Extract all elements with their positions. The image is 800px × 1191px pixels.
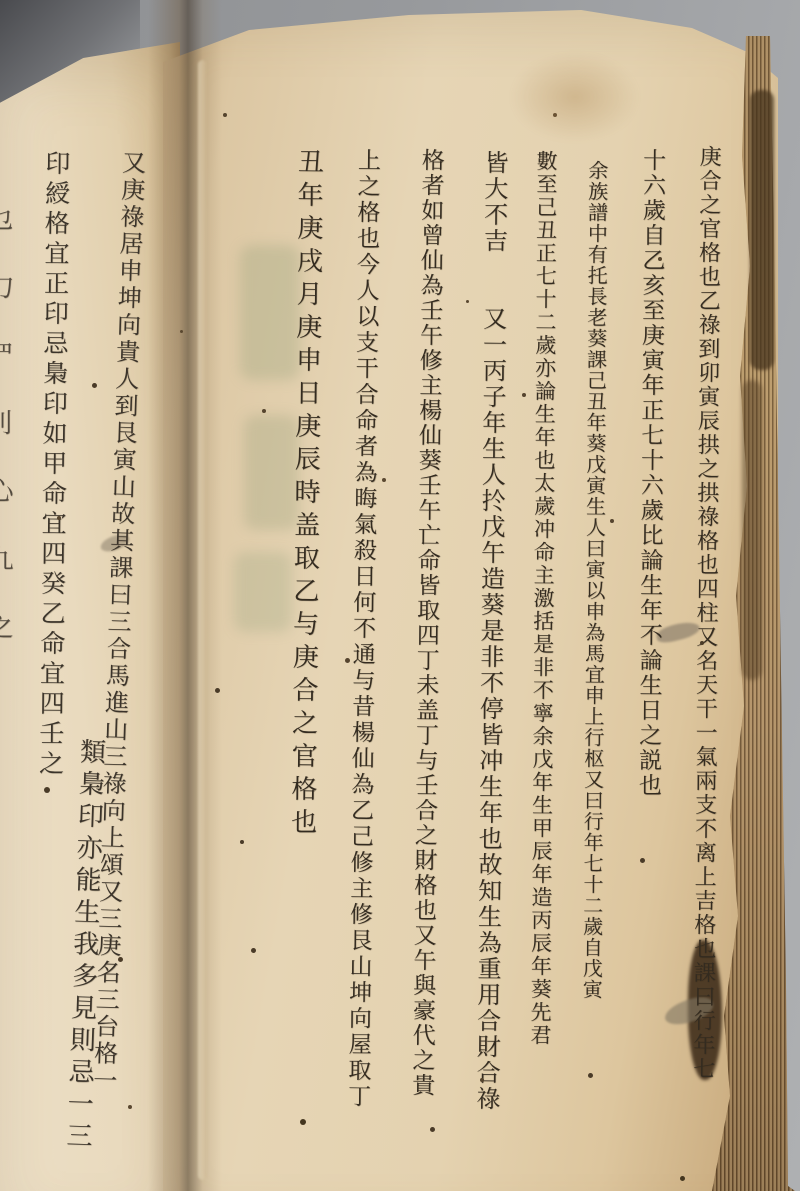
right-page [163,0,778,1191]
book-spine-shadow [148,0,222,1191]
manuscript-column-r1: 庚合之官格也乙祿到卯寅辰拱之拱祿格也四柱又名天干一氣兩支不离上吉格也課曰行年七 [691,145,720,1081]
manuscript-column-r2: 十六歲自乙亥至庚寅年正七十六歲比論生年不論生日之説也 [636,148,664,798]
photo-of-manuscript: 庚合之官格也乙祿到卯寅辰拱之拱祿格也四柱又名天干一氣兩支不离上吉格也課曰行年七 … [0,0,800,1191]
manuscript-column-l2: 印綬格宜正印忌梟印如甲命宜四癸乙命宜四壬之 [37,150,69,780]
manuscript-column-r3: 余族譜中有托長老葵課己丑年葵戊寅生人曰寅以申為馬宜申上行枢又曰行年七十二歲自戊寅 [581,160,607,1000]
clipped-edge-column: 乜勹罒刂心九之 [0,205,11,681]
inner-page-sliver [198,60,207,1180]
manuscript-column-r8: 丑年庚戌月庚申日庚辰時盖取乙与庚合之官格也 [288,148,321,841]
manuscript-column-r4: 數至己丑正七十二歲亦論生年也太歲冲命主激括是非不寧余戊年生甲辰年造丙辰年葵先君 [529,150,556,1047]
